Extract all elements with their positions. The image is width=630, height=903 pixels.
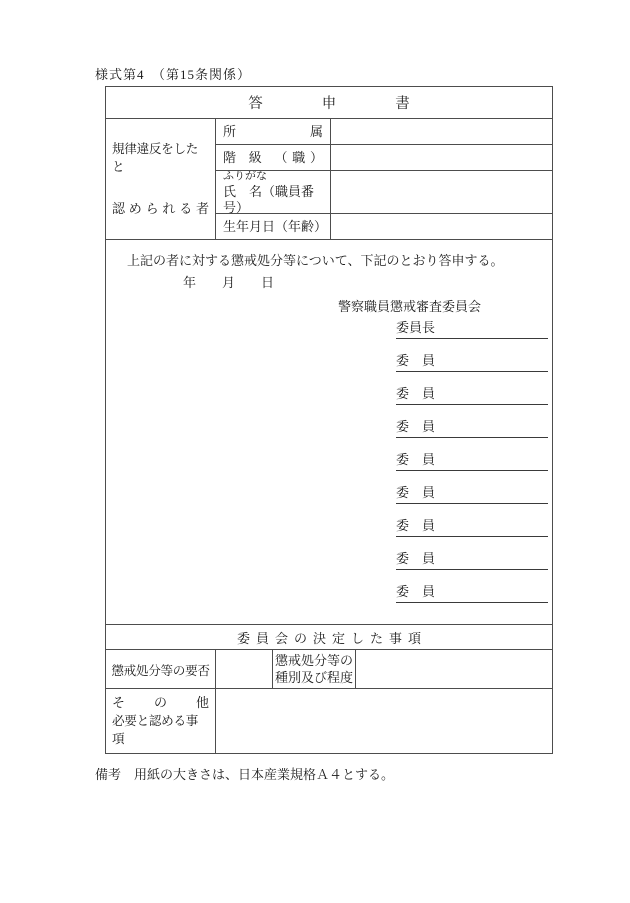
- decision-header-label: 委員会の決定した事項: [237, 628, 427, 647]
- decision-row: 懲戒処分等の要否 懲戒処分等の 種別及び程度: [106, 649, 552, 688]
- field-value-name: [331, 171, 552, 213]
- field-label-disposition-necessity: 懲戒処分等の要否: [106, 650, 216, 688]
- signature-line-member: 委 員: [396, 372, 548, 405]
- member-label: 委 員: [396, 550, 435, 568]
- field-label-birthdate: 生年月日（年齢）: [216, 214, 331, 239]
- disposition-type-label-line2: 種別及び程度: [275, 669, 353, 686]
- signature-line-member: 委 員: [396, 438, 548, 471]
- signature-line-member: 委 員: [396, 339, 548, 372]
- other-label-line1: そ の 他: [112, 694, 209, 712]
- member-label: 委 員: [396, 451, 435, 469]
- report-section: 上記の者に対する懲戒処分等について、下記のとおり答申する。 年 月 日 警察職員…: [106, 239, 552, 624]
- signature-line-member: 委 員: [396, 405, 548, 438]
- remarks-note: 備考 用紙の大きさは、日本産業規格Ａ４とする。: [95, 764, 394, 783]
- signature-line-member: 委 員: [396, 537, 548, 570]
- person-header-line1: 規律違反をしたと: [112, 140, 209, 176]
- field-label-other: そ の 他 必要と認める事項: [106, 689, 216, 753]
- field-label-disposition-type: 懲戒処分等の 種別及び程度: [273, 650, 356, 688]
- date-line: 年 月 日: [183, 274, 552, 292]
- person-header-cell: 規律違反をしたと 認 め ら れ る 者: [106, 119, 216, 239]
- committee-name: 警察職員懲戒審査委員会: [338, 298, 552, 316]
- person-section: 規律違反をしたと 認 め ら れ る 者 所 属 階 級 （職） ふりがな 氏 …: [106, 118, 552, 239]
- field-value-disposition-type: [356, 650, 552, 688]
- toshin-form-table: 答申書 規律違反をしたと 認 め ら れ る 者 所 属 階 級 （職）: [105, 86, 553, 754]
- signature-line-member: 委 員: [396, 471, 548, 504]
- field-label-name: ふりがな 氏 名（職員番号）: [216, 171, 331, 213]
- signature-line-chairman: 委員長: [396, 316, 548, 339]
- other-label-line2: 必要と認める事項: [112, 712, 209, 748]
- field-value-rank: [331, 145, 552, 170]
- row-affiliation: 所 属: [216, 119, 552, 144]
- signature-line-member: 委 員: [396, 570, 548, 603]
- field-label-affiliation: 所 属: [216, 119, 331, 144]
- person-header-line2: 認 め ら れ る 者: [112, 200, 209, 218]
- disposition-type-label-line1: 懲戒処分等の: [275, 652, 353, 669]
- person-fields: 所 属 階 級 （職） ふりがな 氏 名（職員番号） 生年月日（年齢）: [216, 119, 552, 239]
- field-value-other: [216, 689, 552, 753]
- furigana-label: ふりがな: [223, 171, 323, 184]
- chairman-label: 委員長: [396, 319, 435, 337]
- member-label: 委 員: [396, 418, 435, 436]
- field-value-birthdate: [331, 214, 552, 239]
- decision-section-header: 委員会の決定した事項: [106, 624, 552, 649]
- member-label: 委 員: [396, 484, 435, 502]
- field-value-disposition-necessity: [216, 650, 273, 688]
- name-label: 氏 名（職員番号）: [223, 184, 323, 213]
- member-label: 委 員: [396, 517, 435, 535]
- member-label: 委 員: [396, 583, 435, 601]
- report-statement: 上記の者に対する懲戒処分等について、下記のとおり答申する。: [127, 240, 552, 270]
- other-matters-row: そ の 他 必要と認める事項: [106, 688, 552, 753]
- form-number-label: 様式第4 （第15条関係）: [95, 64, 251, 83]
- signature-line-member: 委 員: [396, 504, 548, 537]
- member-label: 委 員: [396, 385, 435, 403]
- form-title: 答申書: [248, 92, 469, 113]
- row-birthdate: 生年月日（年齢）: [216, 213, 552, 239]
- form-title-row: 答申書: [106, 87, 552, 118]
- field-label-rank: 階 級 （職）: [216, 145, 331, 170]
- field-value-affiliation: [331, 119, 552, 144]
- signature-lines: 委員長 委 員 委 員 委 員 委 員 委 員 委 員 委 員 委 員: [396, 316, 548, 603]
- row-name: ふりがな 氏 名（職員番号）: [216, 170, 552, 213]
- row-rank: 階 級 （職）: [216, 144, 552, 170]
- member-label: 委 員: [396, 352, 435, 370]
